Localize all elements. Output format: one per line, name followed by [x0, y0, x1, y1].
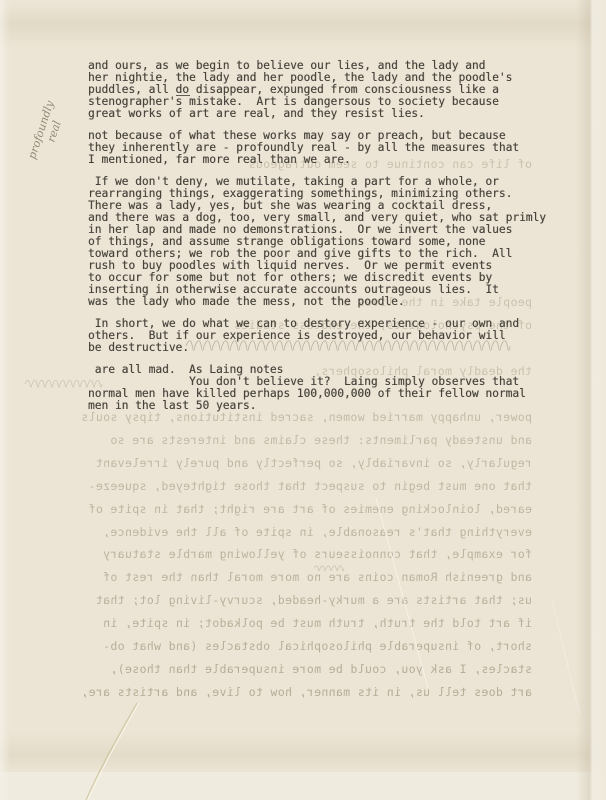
show-through-line: eared, loinlocking enemies of art are ri… [70, 502, 532, 517]
show-through-line: short, of insuperable philosophical obst… [70, 639, 532, 654]
typed-line: men in the last 50 years. [88, 400, 578, 412]
show-through-line: everything that's reasonable, in spite o… [70, 525, 532, 540]
paper-tone-band-top [0, 4, 606, 48]
typed-line: I mentioned, far more real than we are. [88, 154, 578, 166]
typed-line: great works of art are real, and they re… [88, 108, 578, 120]
show-through-line: and unsteady parliments: these claims an… [70, 433, 532, 448]
handwritten-annotation-illegible [186, 337, 516, 355]
show-through-line: if art told the truth, truth must be pol… [70, 616, 532, 631]
show-through-handwriting [25, 377, 105, 391]
typed-paragraph: are all mad. As Laing notes You don't be… [88, 364, 578, 412]
typed-paragraph: and ours, as we begin to believe our lie… [88, 60, 578, 120]
show-through-line: art does tell us, in its manner, how to … [70, 685, 532, 700]
scanned-page: power, unhappy married women, sacred ins… [0, 0, 606, 800]
show-through-line: and greenish Roman coins are no more mor… [70, 570, 532, 585]
show-through-line: for example, that connoisseurs of yellow… [70, 547, 532, 562]
show-through-line: that one must begin to suspect that thos… [70, 479, 532, 494]
show-through-line: stacles, I ask you, could be more insupe… [70, 662, 532, 677]
margin-note: profoundly real [25, 69, 78, 165]
show-through-line: regularly, so invariably, so perfectly a… [70, 456, 532, 471]
paper-tone-band-bottom [0, 732, 606, 774]
typed-line: was the lady who made the mess, not the … [88, 296, 578, 308]
paper-tone-foot [0, 772, 606, 800]
underline-do [176, 95, 190, 96]
paper-edge-left [0, 0, 10, 800]
paper-edge-right [576, 0, 606, 800]
typed-paragraph: If we don't deny, we mutilate, taking a … [88, 176, 578, 308]
show-through-correction-mark [314, 563, 346, 573]
typed-paragraph: not because of what these works may say … [88, 130, 578, 166]
show-through-line: us; that artists are a murky-headed, scu… [70, 593, 532, 608]
typed-block: and ours, as we begin to believe our lie… [88, 60, 578, 422]
